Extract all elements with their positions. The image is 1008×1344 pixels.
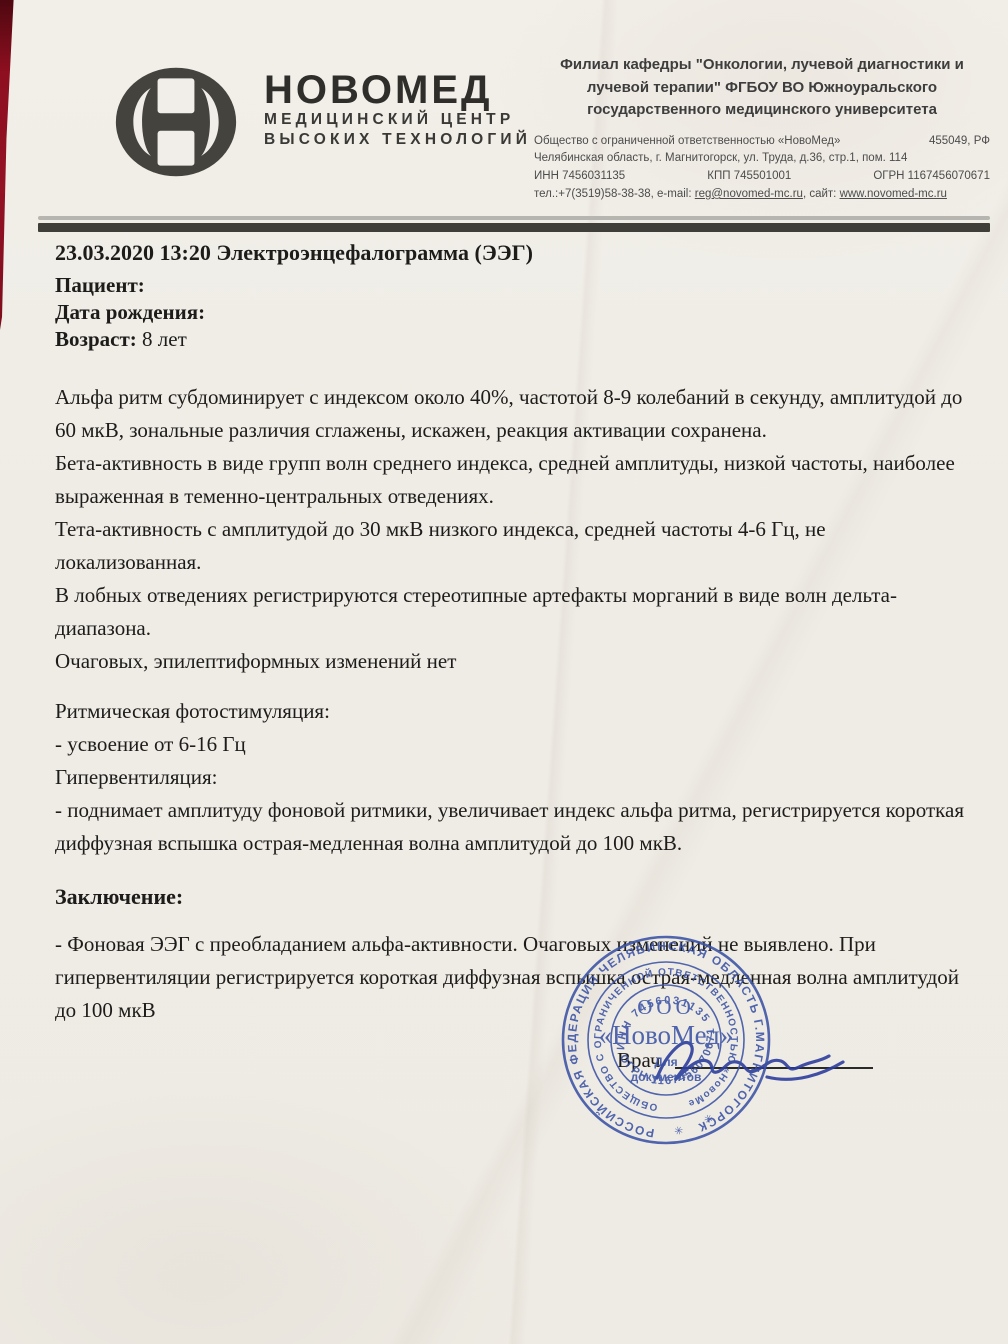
divider-thick-line: [38, 223, 990, 232]
novomed-logo-icon: [112, 64, 240, 180]
hyperventilation-heading: Гипервентиляция:: [55, 761, 970, 794]
age-label: Возраст:: [55, 327, 137, 351]
hyperventilation-item: - поднимает амплитуду фоновой ритмики, у…: [55, 794, 970, 860]
company-name: Общество с ограниченной ответственностью…: [534, 133, 840, 151]
finding-line: Тета-активность с амплитудой до 30 мкВ н…: [55, 513, 970, 579]
company-details: Общество с ограниченной ответственностью…: [534, 133, 990, 204]
brand-tagline-2: ВЫСОКИХ ТЕХНОЛОГИЙ: [264, 130, 531, 150]
patient-label: Пациент:: [55, 273, 145, 297]
company-address: Челябинская область, г. Магнитогорск, ул…: [534, 150, 990, 168]
affiliation-text: Филиал кафедры "Онкологии, лучевой диагн…: [534, 54, 990, 122]
stamp-center-ooo: ООО: [637, 995, 695, 1019]
finding-line: В лобных отведениях регистрируются стере…: [55, 579, 970, 645]
conclusion-heading: Заключение:: [55, 884, 988, 910]
age-row: Возраст: 8 лет: [55, 326, 988, 353]
patient-row: Пациент:: [55, 272, 988, 299]
conclusion-text: - Фоновая ЭЭГ с преобладанием альфа-акти…: [55, 928, 960, 1027]
company-phone: тел.:+7(3519)58-38-38, e-mail:: [534, 188, 692, 200]
photostim-heading: Ритмическая фотостимуляция:: [55, 695, 970, 728]
age-value: 8 лет: [142, 327, 187, 351]
report-body: 23.03.2020 13:20 Электроэнцефалограмма (…: [55, 240, 988, 1073]
patient-info: Пациент: Дата рождения: Возраст: 8 лет: [55, 272, 988, 353]
logo-block: НОВОМЕД МЕДИЦИНСКИЙ ЦЕНТР ВЫСОКИХ ТЕХНОЛ…: [112, 52, 531, 204]
divider-thin-line: [38, 216, 990, 220]
company-site-label: , сайт:: [803, 188, 836, 200]
company-kpp: КПП 745501001: [707, 168, 791, 186]
brand-wordmark: НОВОМЕД МЕДИЦИНСКИЙ ЦЕНТР ВЫСОКИХ ТЕХНОЛ…: [264, 70, 531, 204]
stamp-star-icon: ✳: [673, 1124, 685, 1138]
stimulation-section: Ритмическая фотостимуляция: - усвоение о…: [55, 695, 970, 860]
finding-line: Бета-активность в виде групп волн средне…: [55, 447, 970, 513]
birthdate-row: Дата рождения:: [55, 299, 988, 326]
report-title: 23.03.2020 13:20 Электроэнцефалограмма (…: [55, 240, 988, 266]
brand-tagline-1: МЕДИЦИНСКИЙ ЦЕНТР: [264, 110, 531, 130]
photographed-eeg-report: { "colors":{"stamp_blue":"#3a52a5","sign…: [0, 0, 1008, 1344]
company-inn: ИНН 7456031135: [534, 168, 625, 186]
findings-section: Альфа ритм субдоминирует с индексом окол…: [55, 381, 970, 678]
brand-name: НОВОМЕД: [264, 70, 531, 110]
stamp-center-dlya: Для: [654, 1055, 677, 1069]
company-email: reg@novomed-mc.ru: [695, 188, 803, 200]
header-divider: [38, 216, 990, 232]
finding-line: Очаговых, эпилептиформных изменений нет: [55, 645, 970, 678]
company-zip: 455049, РФ: [929, 133, 990, 151]
finding-line: Альфа ритм субдоминирует с индексом окол…: [55, 381, 970, 447]
company-stamp-seal: РОССИЙСКАЯ ФЕДЕРАЦИЯ ЧЕЛЯБИНСКАЯ ОБЛАСТЬ…: [540, 914, 792, 1166]
stamp-center-name: «НовоМед»: [598, 1020, 733, 1050]
company-ogrn: ОГРН 1167456070671: [873, 168, 990, 186]
photostim-item: - усвоение от 6-16 Гц: [55, 728, 970, 761]
letterhead: НОВОМЕД МЕДИЦИНСКИЙ ЦЕНТР ВЫСОКИХ ТЕХНОЛ…: [0, 0, 1008, 204]
birthdate-label: Дата рождения:: [55, 300, 205, 324]
letterhead-right: Филиал кафедры "Онкологии, лучевой диагн…: [534, 52, 990, 204]
stamp-center-dokumentov: документов: [631, 1070, 702, 1084]
company-website: www.novomed-mc.ru: [840, 188, 947, 200]
